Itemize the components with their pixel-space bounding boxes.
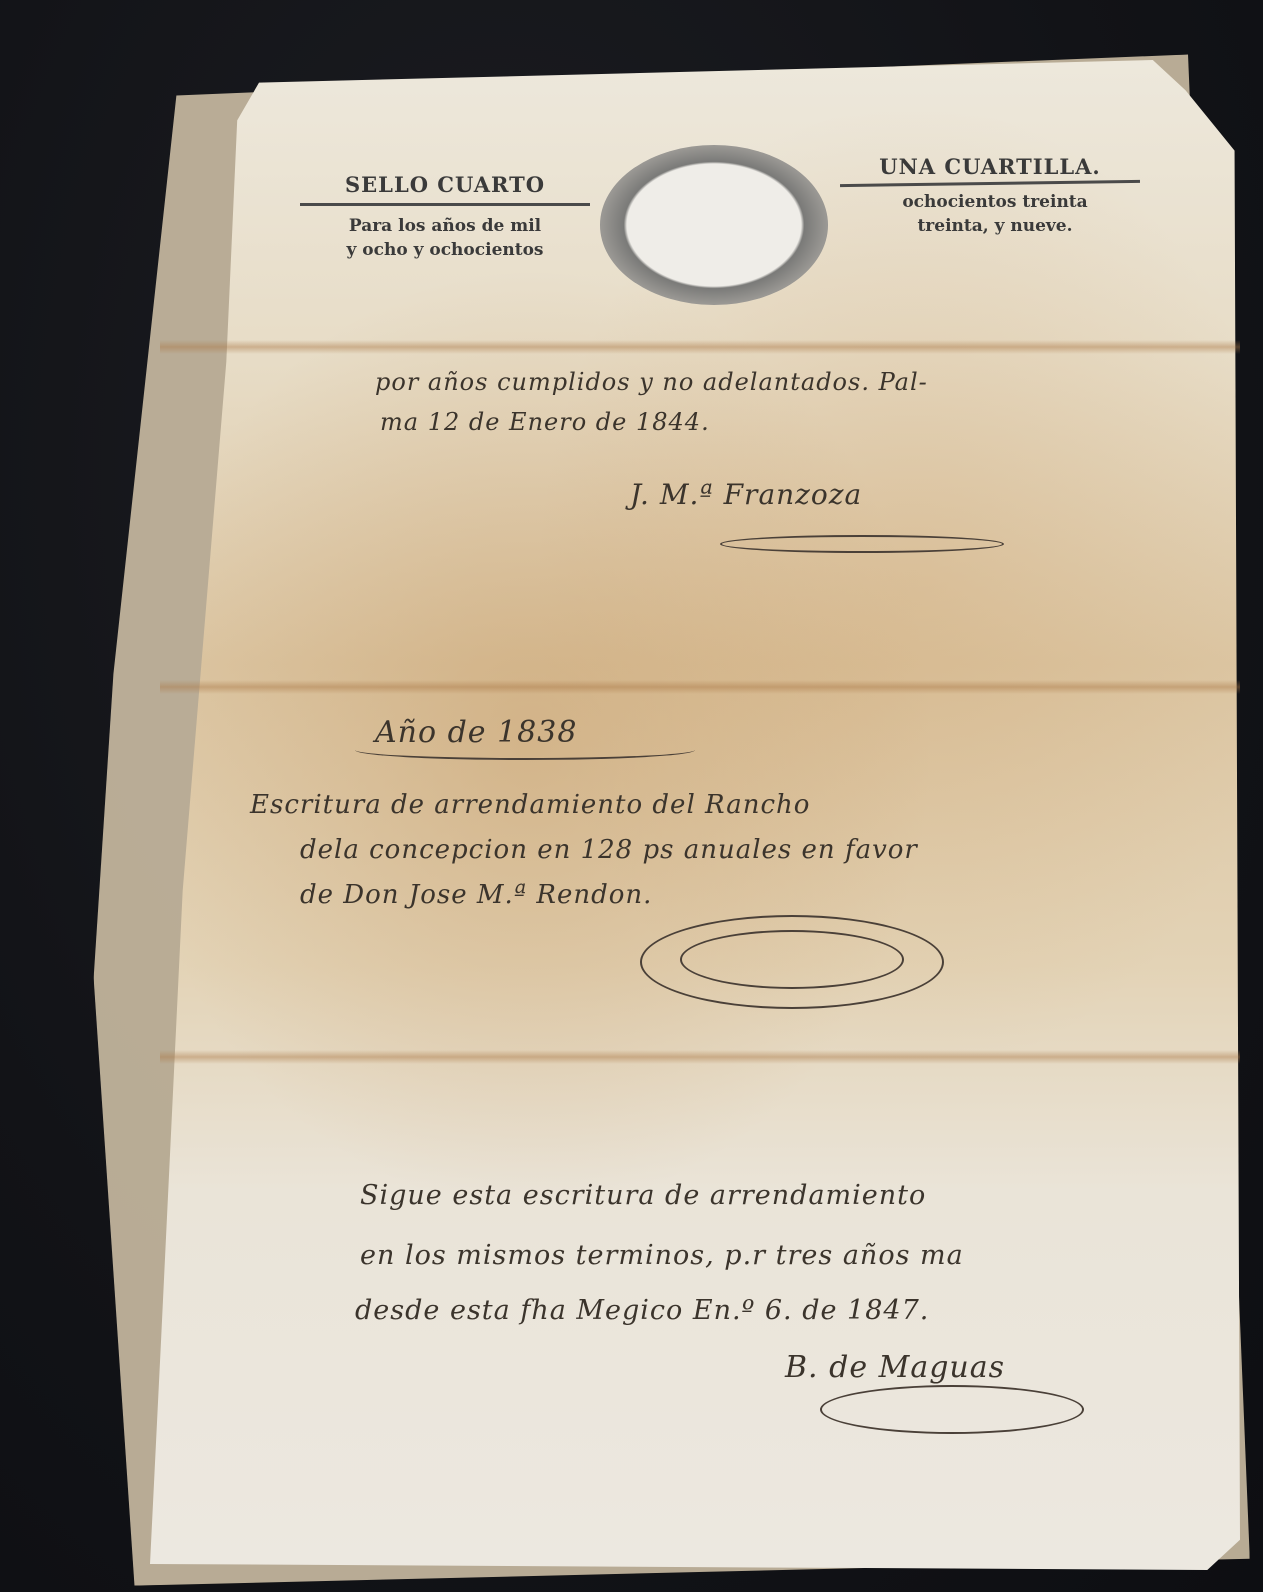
handwritten-line: dela concepcion en 128 ps anuales en fav… xyxy=(300,835,918,865)
rubric-flourish xyxy=(680,930,904,989)
stamp-title-right: UNA CUARTILLA. xyxy=(840,154,1140,179)
heading-underline xyxy=(355,740,695,760)
stamp-year-line4: treinta, y nueve. xyxy=(845,214,1145,238)
handwritten-line: por años cumplidos y no adelantados. Pal… xyxy=(375,368,928,396)
stamp-subtitle-right: ochocientos treinta treinta, y nueve. xyxy=(845,190,1145,238)
handwritten-line: Escritura de arrendamiento del Rancho xyxy=(250,790,810,820)
handwritten-line: Sigue esta escritura de arrendamiento xyxy=(360,1180,926,1211)
stamp-header-right: UNA CUARTILLA. xyxy=(840,154,1140,179)
handwritten-line: ma 12 de Enero de 1844. xyxy=(380,408,710,436)
header-rule-left xyxy=(300,203,590,206)
stamp-subtitle-left: Para los años de mil y ocho y ochociento… xyxy=(300,214,590,262)
handwritten-line: en los mismos terminos, p.r tres años ma xyxy=(360,1240,964,1271)
signature-1: J. M.ª Franzoza xyxy=(630,478,862,511)
stamp-year-line3: ochocientos treinta xyxy=(845,190,1145,214)
stamp-year-line1: Para los años de mil xyxy=(300,214,590,238)
stamp-year-line2: y ocho y ochocientos xyxy=(300,238,590,262)
stamp-title-left: SELLO CUARTO xyxy=(300,172,590,197)
fold-crease xyxy=(160,1050,1240,1064)
signature-2: B. de Maguas xyxy=(785,1350,1005,1385)
stamp-header-left: SELLO CUARTO xyxy=(300,172,590,197)
handwritten-line: de Don Jose M.ª Rendon. xyxy=(300,880,652,910)
signature-underline xyxy=(720,535,1004,553)
fold-crease xyxy=(160,680,1240,694)
signature-rubric xyxy=(820,1385,1084,1434)
fold-crease xyxy=(160,340,1240,354)
handwritten-line: desde esta fha Megico En.º 6. de 1847. xyxy=(355,1295,929,1326)
embossed-seal-icon xyxy=(600,145,828,305)
